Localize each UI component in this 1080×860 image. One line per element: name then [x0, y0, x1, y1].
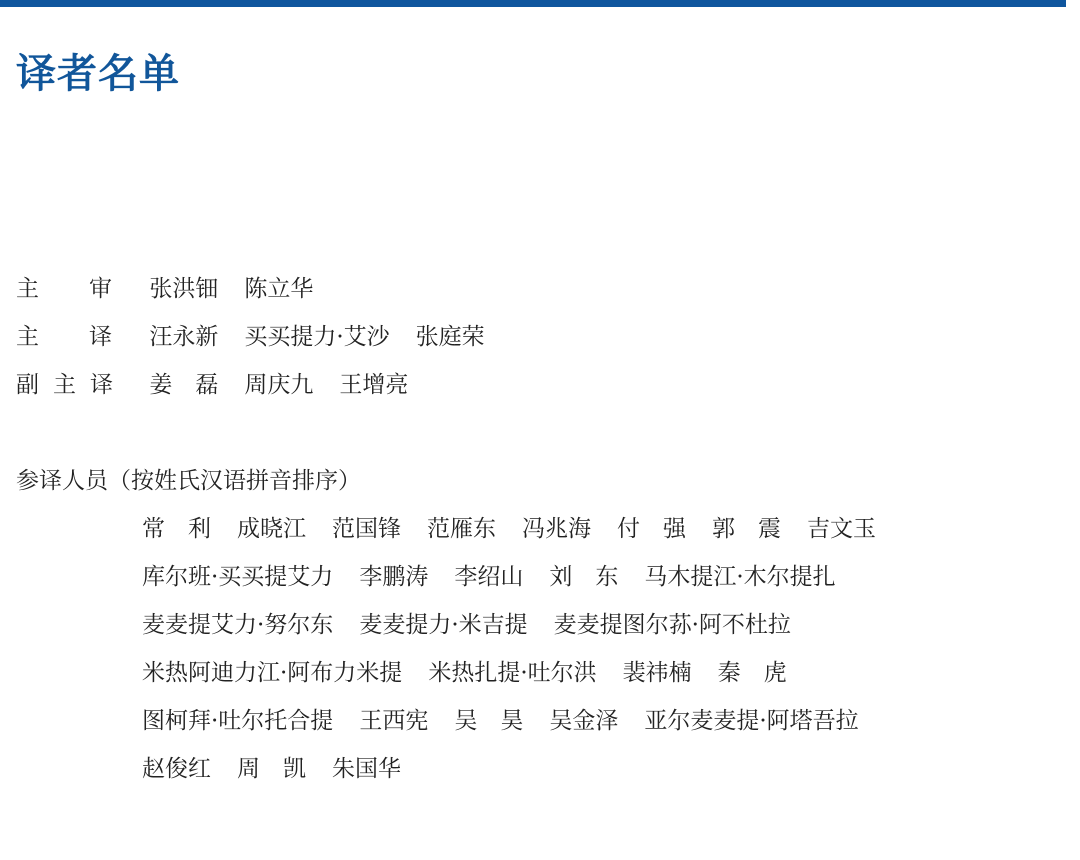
top-accent-bar	[0, 0, 1066, 7]
contributors-heading: 参译人员（按姓氏汉语拼音排序）	[16, 457, 361, 505]
person-name: 范雁东	[427, 505, 496, 553]
person-name: 李鹏涛	[359, 553, 428, 601]
person-name: 吴金泽	[549, 697, 618, 745]
contributors-line: 图柯拜·吐尔托合提王西宪吴 昊吴金泽亚尔麦麦提·阿塔吾拉	[142, 697, 885, 745]
person-name: 成晓江	[237, 505, 306, 553]
person-name: 图柯拜·吐尔托合提	[142, 697, 333, 745]
role-label: 副主译	[16, 361, 142, 409]
person-name: 张洪钿	[149, 265, 218, 313]
role-row-associate-translator: 副主译 姜 磊周庆九王增亮	[16, 361, 434, 409]
person-name: 赵俊红	[142, 745, 211, 793]
role-label: 主审	[16, 265, 142, 313]
person-name: 冯兆海	[522, 505, 591, 553]
person-name: 李绍山	[454, 553, 523, 601]
contributors-line: 常 利成晓江范国锋范雁东冯兆海付 强郭 震吉文玉	[142, 505, 902, 553]
person-name: 朱国华	[332, 745, 401, 793]
person-name: 姜 磊	[149, 361, 218, 409]
person-name: 米热阿迪力江·阿布力米提	[142, 649, 402, 697]
role-names: 姜 磊周庆九王增亮	[149, 372, 434, 398]
person-name: 麦麦提艾力·努尔东	[142, 601, 333, 649]
person-name: 汪永新	[149, 313, 218, 361]
person-name: 郭 震	[712, 505, 781, 553]
person-name: 陈立华	[244, 265, 313, 313]
person-name: 马木提江·木尔提扎	[644, 553, 835, 601]
page-title: 译者名单	[16, 42, 180, 99]
person-name: 王西宪	[359, 697, 428, 745]
contributors-line: 麦麦提艾力·努尔东麦麦提力·米吉提麦麦提图尔荪·阿不杜拉	[142, 601, 817, 649]
person-name: 吉文玉	[807, 505, 876, 553]
person-name: 秦 虎	[718, 649, 787, 697]
person-name: 买买提力·艾沙	[244, 313, 389, 361]
person-name: 王增亮	[339, 361, 408, 409]
contributors-line: 库尔班·买买提艾力李鹏涛李绍山刘 东马木提江·木尔提扎	[142, 553, 862, 601]
person-name: 刘 东	[549, 553, 618, 601]
person-name: 常 利	[142, 505, 211, 553]
role-names: 张洪钿陈立华	[149, 276, 339, 302]
contributors-line: 米热阿迪力江·阿布力米提米热扎提·吐尔洪裴祎楠秦 虎	[142, 649, 813, 697]
role-row-chief-reviewer: 主审 张洪钿陈立华	[16, 265, 339, 313]
person-name: 米热扎提·吐尔洪	[428, 649, 596, 697]
person-name: 麦麦提力·米吉提	[359, 601, 527, 649]
person-name: 范国锋	[332, 505, 401, 553]
person-name: 付 强	[617, 505, 686, 553]
role-label: 主译	[16, 313, 142, 361]
person-name: 吴 昊	[454, 697, 523, 745]
person-name: 裴祎楠	[623, 649, 692, 697]
person-name: 亚尔麦麦提·阿塔吾拉	[644, 697, 858, 745]
role-row-chief-translator: 主译 汪永新买买提力·艾沙张庭荣	[16, 313, 511, 361]
person-name: 张庭荣	[416, 313, 485, 361]
person-name: 库尔班·买买提艾力	[142, 553, 333, 601]
person-name: 周庆九	[244, 361, 313, 409]
person-name: 麦麦提图尔荪·阿不杜拉	[554, 601, 791, 649]
role-names: 汪永新买买提力·艾沙张庭荣	[149, 324, 510, 350]
person-name: 周 凯	[237, 745, 306, 793]
contributors-line: 赵俊红周 凯朱国华	[142, 745, 427, 793]
